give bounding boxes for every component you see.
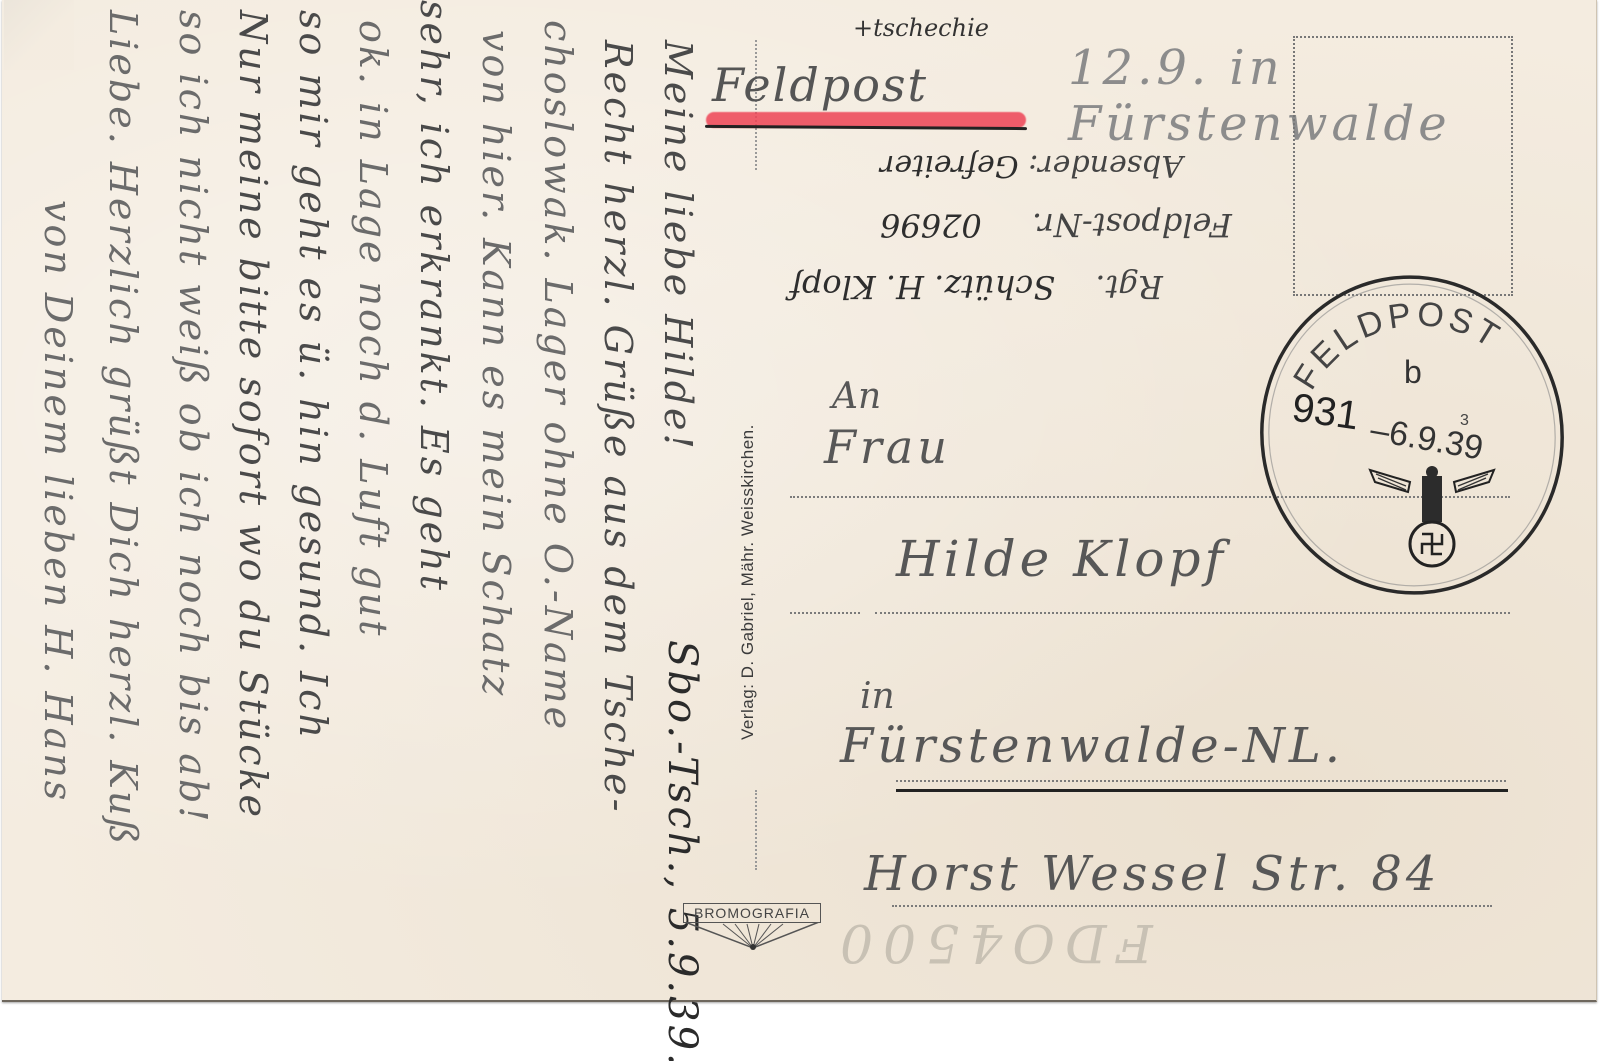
sender-name: Schütz. H. Klopf [790,268,1055,306]
postmark-hour: 3 [1460,412,1469,430]
postmark-number: 931 [1289,386,1361,440]
message-line: ok. in Lage noch d. Luft gut [351,20,395,638]
address-line-4 [892,905,1492,907]
message-line: so ich nicht weiß ob ich noch bis ab! [171,10,215,825]
feldpost-postmark: FELDPOST b 931 –6.9.39 3 [1252,272,1572,602]
feldpost-number-label: Feldpost-Nr. [1032,206,1232,244]
annotation-tschechie: +tschechie [853,14,989,42]
message-line: Recht herzl. Grüße aus dem Tsche- [596,40,640,814]
message-line: choslowak. Lager ohne O.-Name [536,20,580,732]
sender-label: Absender: [1028,148,1183,183]
address-prefix-city: in [860,676,895,717]
postmark-letter: b [1404,354,1422,391]
corner-fold [4,0,74,70]
stamp-box [1293,36,1513,296]
margin-divider [755,790,757,870]
recipient-city: Fürstenwalde-NL. [840,718,1344,774]
recipient-name: Hilde Klopf [896,530,1227,588]
publisher-imprint: Verlag: D. Gabriel, Mähr. Weisskirchen. [738,424,758,740]
message-date: Sbo.-Tsch., 5.9.39. [659,640,705,1061]
address-line-3 [896,780,1506,782]
message-line: sehr, ich erkrankt. Es geht [412,0,456,593]
printer-mark: BROMOGRAFIA [683,903,823,951]
city-underline [896,789,1508,792]
sender-line-1: Absender: Gefreiter [880,148,1183,183]
feldpost-number: 02696 [880,206,982,244]
message-line: Meine liebe Hilde! [656,40,700,452]
message-line: von hier. Kann es mein Schatz [474,30,518,698]
eagle-emblem-icon [1370,466,1494,566]
sunburst-icon [683,922,823,952]
card-title: Feldpost [712,58,928,112]
sender-line-3: Rgt. Schütz. H. Klopf [790,268,1163,306]
address-prefix: An [832,376,881,417]
recipient-street: Horst Wessel Str. 84 [864,846,1440,902]
sender-line-2: Feldpost-Nr. 02696 [880,206,1232,244]
printer-mark-label: BROMOGRAFIA [683,903,821,923]
recipient-salutation: Frau [824,420,951,474]
unit-label: Rgt. [1095,268,1163,306]
address-line-2a [790,612,860,614]
pencil-archive-number: FDO4500 [830,912,1153,972]
message-line: von Deinem lieben H. Hans [36,200,80,803]
message-line: Nur meine bitte sofort wo du Stücke [231,10,275,820]
address-line-2b [875,612,1510,614]
message-line: Liebe. Herzlich grüßt Dich herzl. Kuß [101,10,145,847]
sender-rank: Gefreiter [880,148,1019,183]
message-line: so mir geht es ü. hin gesund. Ich [291,10,335,741]
